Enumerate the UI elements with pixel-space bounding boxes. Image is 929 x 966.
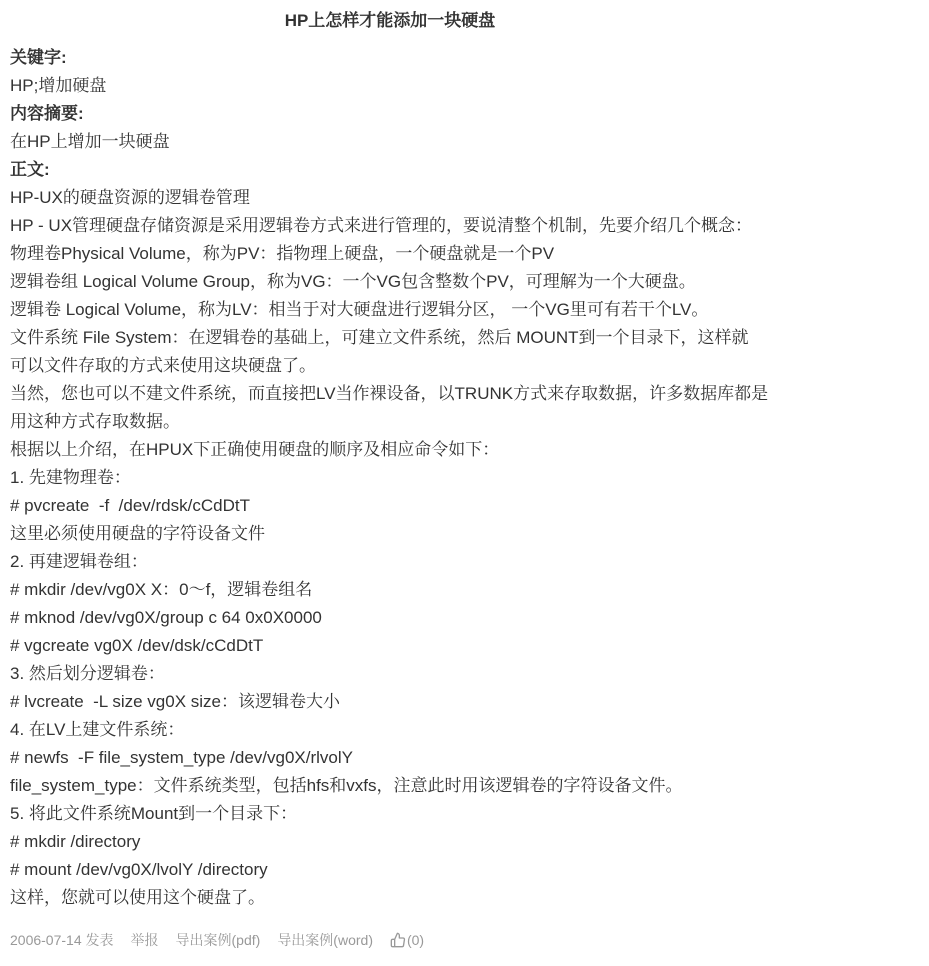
body-line: 这样，您就可以使用这个硬盘了。	[10, 884, 770, 912]
report-link[interactable]: 举报	[131, 930, 159, 950]
body-line: 2. 再建逻辑卷组：	[10, 548, 770, 576]
body-line: # lvcreate -L size vg0X size：该逻辑卷大小	[10, 688, 770, 716]
export-word-link[interactable]: 导出案例(word)	[277, 930, 373, 950]
body-line: HP - UX管理硬盘存储资源是采用逻辑卷方式来进行管理的，要说清整个机制，先要…	[10, 212, 770, 240]
publish-date: 2006-07-14 发表	[10, 930, 114, 950]
body-line: 逻辑卷组 Logical Volume Group，称为VG：一个VG包含整数个…	[10, 268, 770, 296]
document: HP上怎样才能添加一块硬盘 关键字: HP;增加硬盘 内容摘要: 在HP上增加一…	[0, 0, 780, 950]
body-line: 文件系统 File System：在逻辑卷的基础上，可建立文件系统，然后 MOU…	[10, 324, 770, 352]
summary-label: 内容摘要:	[10, 100, 770, 128]
body-line: 根据以上介绍，在HPUX下正确使用硬盘的顺序及相应命令如下：	[10, 436, 770, 464]
like-count: (0)	[407, 930, 424, 950]
body-line: 逻辑卷 Logical Volume，称为LV：相当于对大硬盘进行逻辑分区， 一…	[10, 296, 770, 324]
body-line: HP-UX的硬盘资源的逻辑卷管理	[10, 184, 770, 212]
body-line: # mount /dev/vg0X/lvolY /directory	[10, 856, 770, 884]
keywords-value: HP;增加硬盘	[10, 72, 770, 100]
body-line: 物理卷Physical Volume，称为PV：指物理上硬盘，一个硬盘就是一个P…	[10, 240, 770, 268]
thumbs-up-icon	[390, 932, 406, 948]
body-line: 用这种方式存取数据。	[10, 408, 770, 436]
page-title: HP上怎样才能添加一块硬盘	[10, 10, 770, 32]
body-line: 5. 将此文件系统Mount到一个目录下：	[10, 800, 770, 828]
body-line: # vgcreate vg0X /dev/dsk/cCdDtT	[10, 632, 770, 660]
summary-value: 在HP上增加一块硬盘	[10, 128, 770, 156]
body-line: 当然，您也可以不建文件系统，而直接把LV当作裸设备，以TRUNK方式来存取数据，…	[10, 380, 770, 408]
like-button[interactable]: (0)	[390, 930, 424, 950]
body-line: # mknod /dev/vg0X/group c 64 0x0X0000	[10, 604, 770, 632]
body-line: 3. 然后划分逻辑卷：	[10, 660, 770, 688]
body-line: # mkdir /directory	[10, 828, 770, 856]
body-line: 4. 在LV上建文件系统：	[10, 716, 770, 744]
footer: 2006-07-14 发表 举报 导出案例(pdf) 导出案例(word) (0…	[10, 930, 770, 950]
body-line: # mkdir /dev/vg0X X：0～f，逻辑卷组名	[10, 576, 770, 604]
export-pdf-link[interactable]: 导出案例(pdf)	[176, 930, 261, 950]
body-line: # pvcreate -f /dev/rdsk/cCdDtT	[10, 492, 770, 520]
body-line: 1. 先建物理卷：	[10, 464, 770, 492]
body-line: 这里必须使用硬盘的字符设备文件	[10, 520, 770, 548]
body-line: # newfs -F file_system_type /dev/vg0X/rl…	[10, 744, 770, 772]
body-label: 正文:	[10, 156, 770, 184]
body-line: file_system_type：文件系统类型，包括hfs和vxfs，注意此时用…	[10, 772, 770, 800]
keywords-label: 关键字:	[10, 44, 770, 72]
body-line: 可以文件存取的方式来使用这块硬盘了。	[10, 352, 770, 380]
